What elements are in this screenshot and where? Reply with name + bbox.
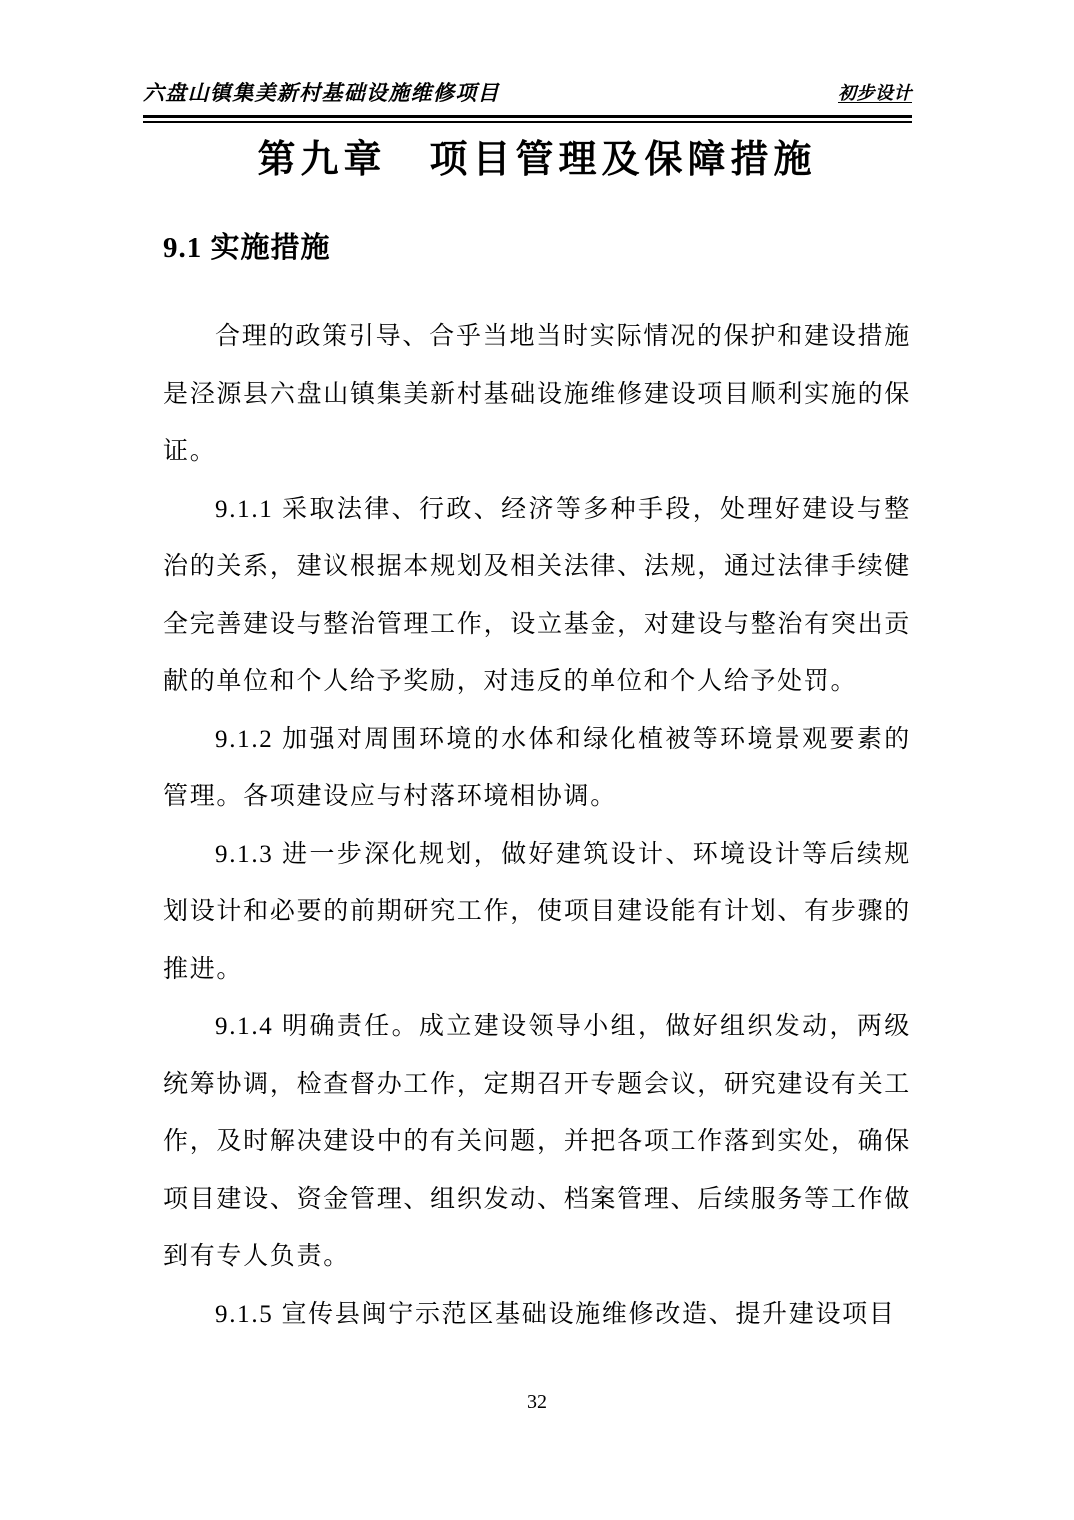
paragraph-9-1-2: 9.1.2 加强对周围环境的水体和绿化植被等环境景观要素的管理。各项建设应与村落… xyxy=(163,711,911,826)
document-page: 六盘山镇集美新村基础设施维修项目 初步设计 第九章 项目管理及保障措施 9.1 … xyxy=(0,0,1074,1520)
section-heading: 9.1 实施措施 xyxy=(163,227,331,269)
chapter-title: 第九章 项目管理及保障措施 xyxy=(0,133,1074,187)
paragraph-9-1-1: 9.1.1 采取法律、行政、经济等多种手段，处理好建设与整治的关系，建议根据本规… xyxy=(163,481,911,711)
paragraph-9-1-5: 9.1.5 宣传县闽宁示范区基础设施维修改造、提升建设项目 xyxy=(163,1286,911,1344)
header-doc-stage: 初步设计 xyxy=(838,80,912,106)
page-number: 32 xyxy=(527,1391,547,1413)
page-footer: 32 xyxy=(0,1388,1074,1416)
header-project-title: 六盘山镇集美新村基础设施维修项目 xyxy=(143,80,500,106)
page-header: 六盘山镇集美新村基础设施维修项目 初步设计 xyxy=(143,80,912,106)
paragraph-9-1-3: 9.1.3 进一步深化规划，做好建筑设计、环境设计等后续规划设计和必要的前期研究… xyxy=(163,826,911,999)
document-body: 合理的政策引导、合乎当地当时实际情况的保护和建设措施是泾源县六盘山镇集美新村基础… xyxy=(163,308,911,1343)
header-divider-rule xyxy=(143,115,912,123)
paragraph-9-1-4: 9.1.4 明确责任。成立建设领导小组，做好组织发动，两级统筹协调，检查督办工作… xyxy=(163,998,911,1286)
paragraph-intro: 合理的政策引导、合乎当地当时实际情况的保护和建设措施是泾源县六盘山镇集美新村基础… xyxy=(163,308,911,481)
